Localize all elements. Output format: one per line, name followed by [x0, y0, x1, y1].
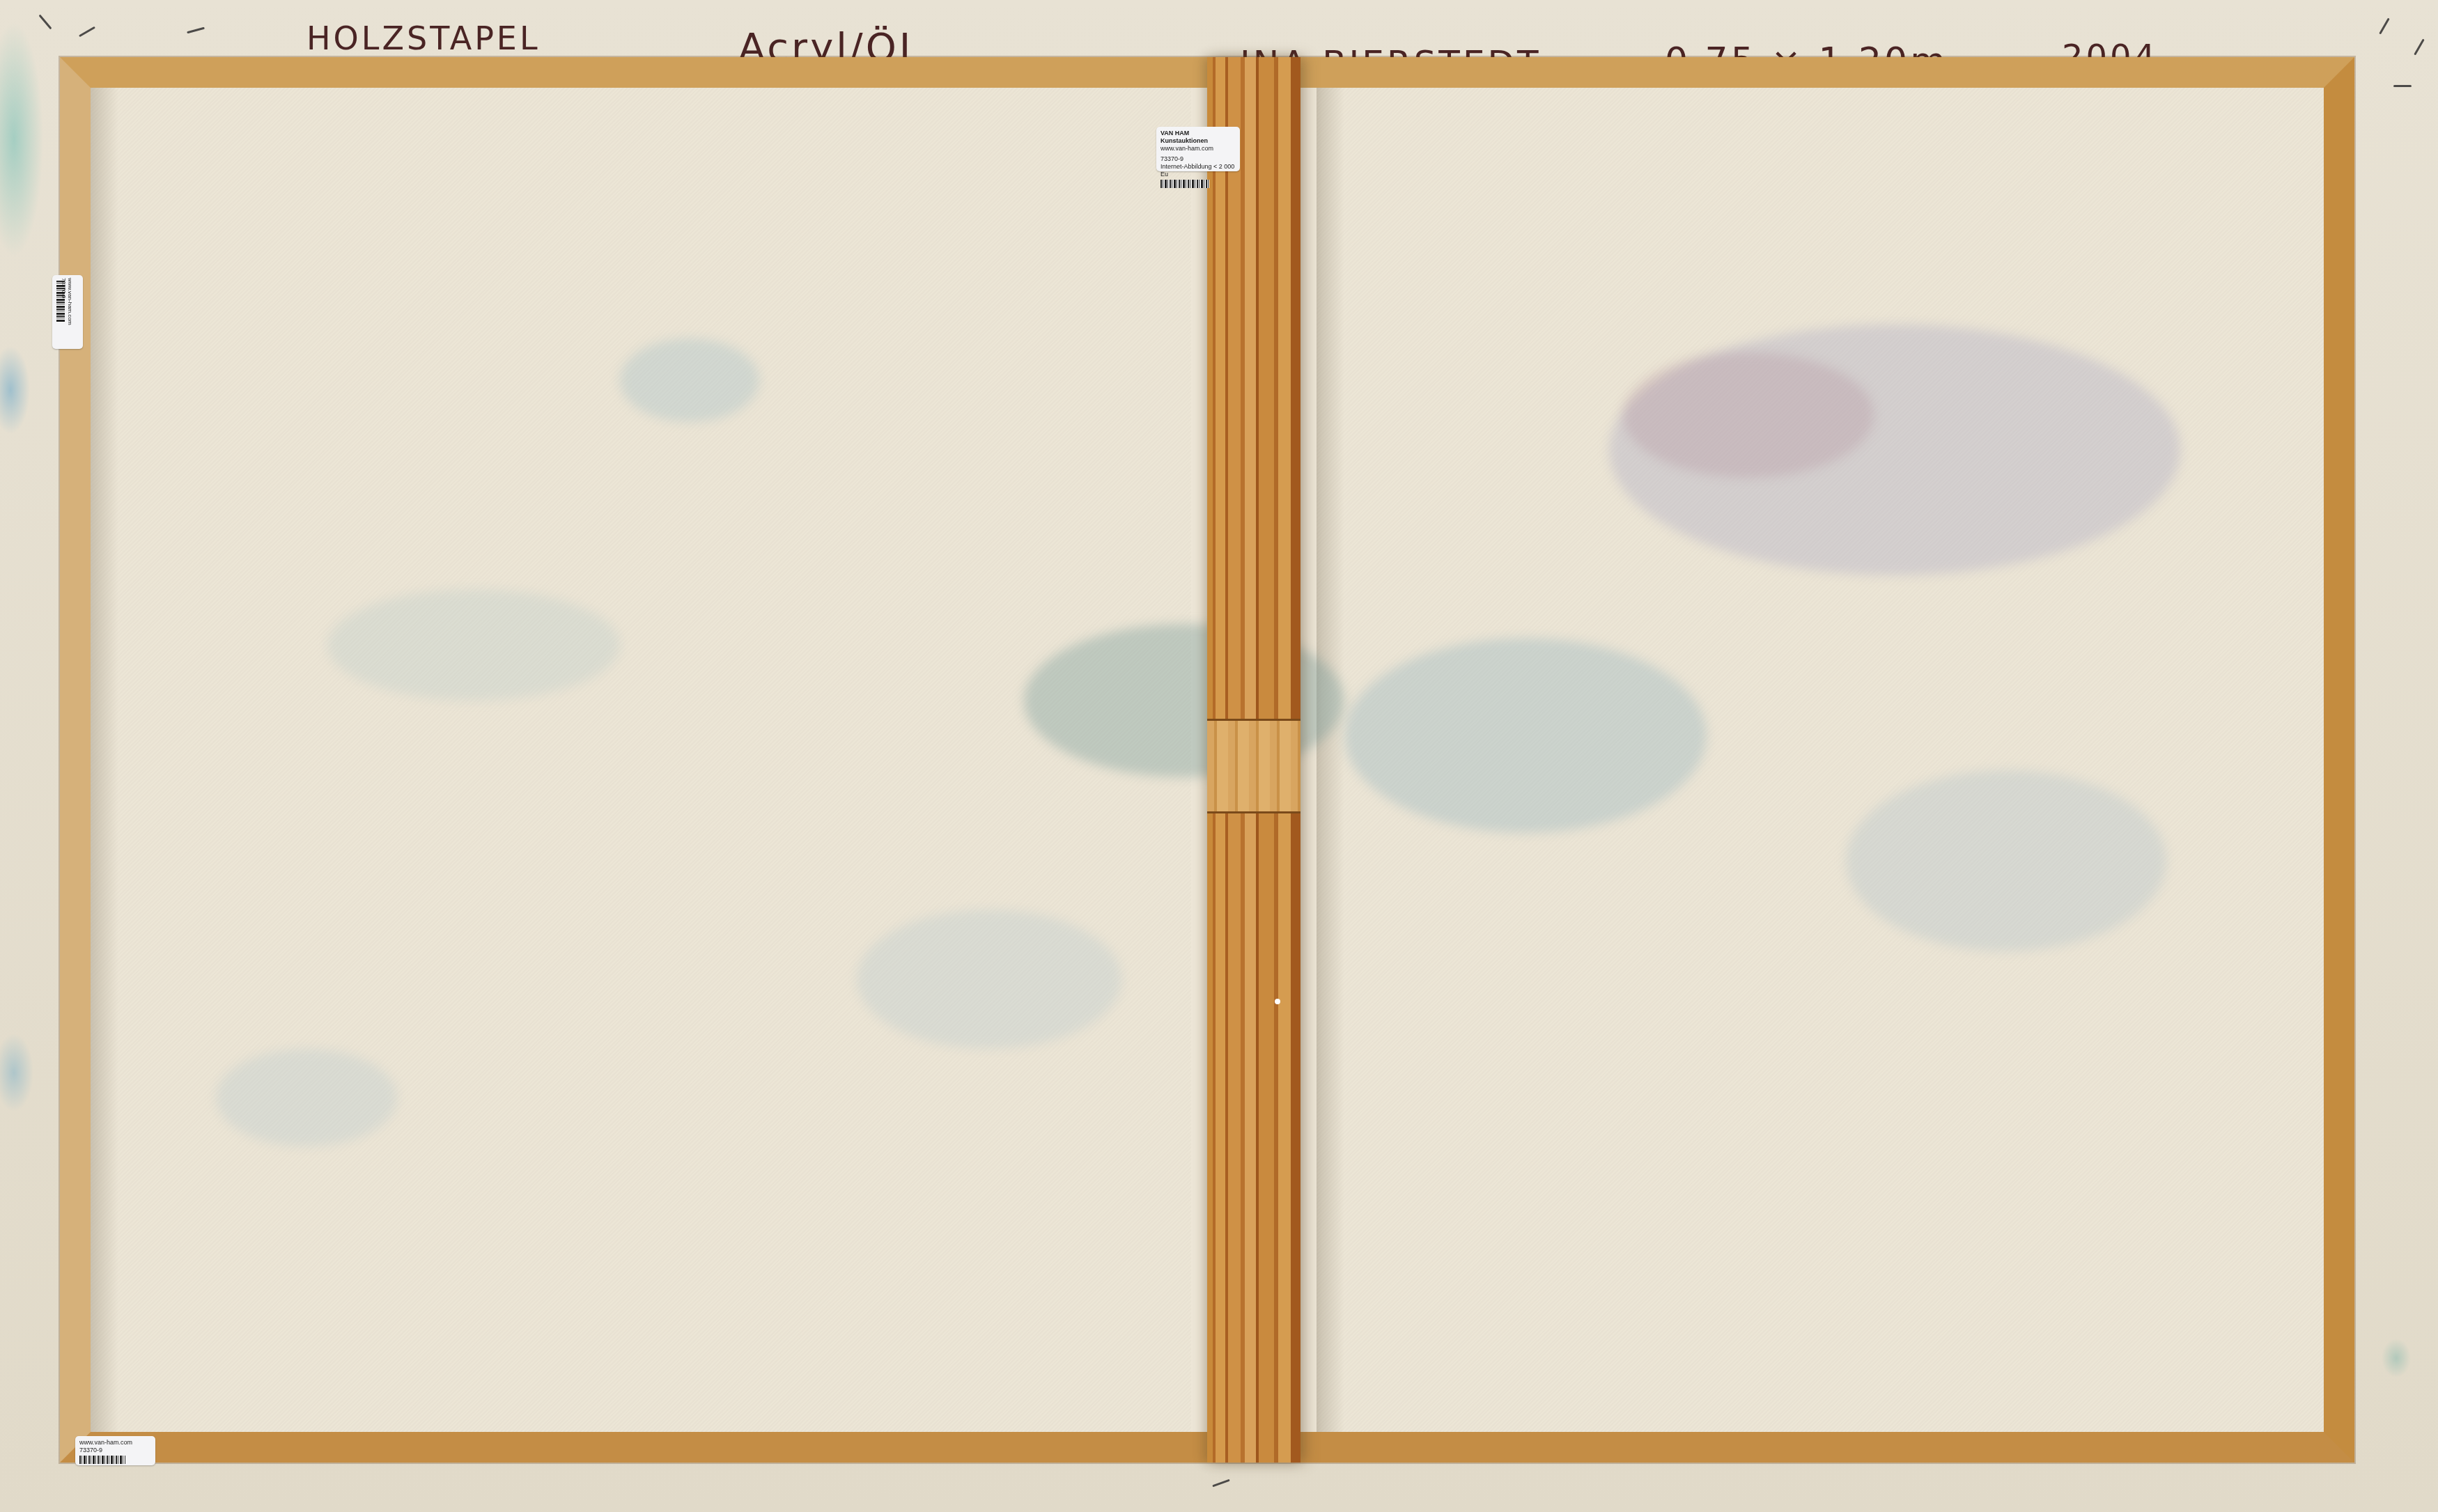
auction-label-main: VAN HAM Kunstauktionen www.van-ham.com 7… [1156, 127, 1240, 171]
brace-joint [1207, 719, 1300, 813]
center-brace [1191, 57, 1317, 1463]
paint-bleed-stain [1623, 352, 1874, 478]
stretcher-frame [60, 57, 2354, 1463]
canvas-panel-left [91, 88, 1191, 1432]
auction-label-side: www.van-ham.com 73370-9 [52, 275, 83, 349]
label-lot-number: 73370-9 [1160, 155, 1236, 163]
label-house: VAN HAM Kunstauktionen [1160, 130, 1236, 145]
paint-bleed-stain [1344, 638, 1707, 833]
barcode [79, 1456, 125, 1464]
label-website: www.van-ham.com [1160, 145, 1236, 153]
staple [2393, 85, 2412, 87]
label-side-text: www.van-ham.com 73370-9 [61, 278, 73, 325]
brace-pin [1275, 999, 1280, 1004]
label-website: www.van-ham.com [67, 278, 73, 325]
paint-bleed-stain [216, 1049, 397, 1146]
auction-label-bottom: www.van-ham.com 73370-9 [75, 1436, 155, 1465]
label-lot-number: 73370-9 [79, 1447, 151, 1454]
paint-bleed-stain [1846, 770, 2166, 951]
paint-bleed-stain [327, 589, 620, 701]
inscription-title: HOLZSTAPEL [306, 20, 541, 57]
canvas-back [91, 88, 2324, 1432]
barcode [1160, 180, 1209, 188]
painting-reverse-photo: HOLZSTAPEL , Acryl/ÖL , INA BIERSTEDT , … [0, 0, 2438, 1512]
label-lot-number: 73370-9 [61, 278, 67, 325]
label-website: www.van-ham.com [79, 1439, 151, 1447]
paint-bleed-stain [857, 910, 1121, 1049]
paint-bleed-stain [620, 338, 759, 422]
label-note: Internet-Abbildung < 2 000 Eu [1160, 163, 1236, 178]
